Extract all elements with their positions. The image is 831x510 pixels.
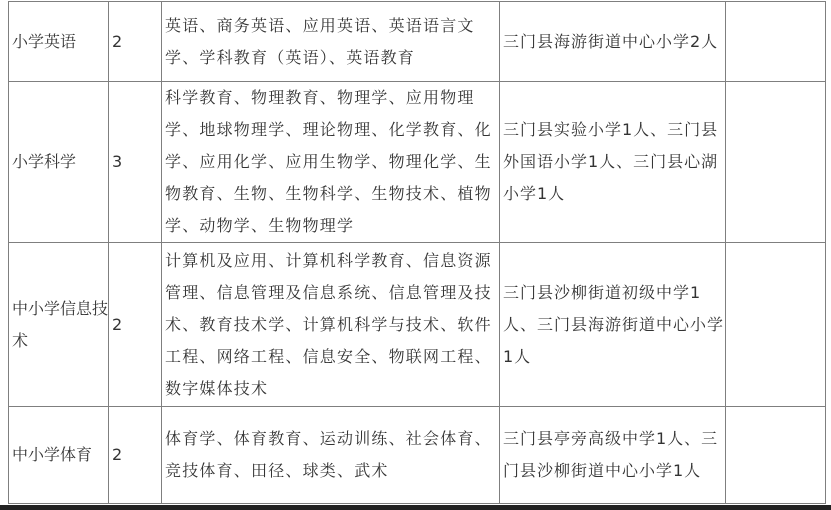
note-cell — [726, 82, 826, 243]
table-row: 小学英语 2 英语、商务英语、应用英语、英语语言文学、学科教育（英语）、英语教育… — [9, 2, 826, 82]
table-row: 中小学体育 2 体育学、体育教育、运动训练、社会体育、竞技体育、田径、球类、武术… — [9, 407, 826, 504]
subject-cell: 小学英语 — [9, 2, 109, 82]
count-cell: 2 — [109, 243, 162, 407]
majors-cell: 体育学、体育教育、运动训练、社会体育、竞技体育、田径、球类、武术 — [162, 407, 500, 504]
recruitment-table: 小学英语 2 英语、商务英语、应用英语、英语语言文学、学科教育（英语）、英语教育… — [8, 1, 826, 504]
page-bottom-border — [0, 505, 831, 510]
schools-cell: 三门县实验小学1人、三门县外国语小学1人、三门县心湖小学1人 — [500, 82, 726, 243]
subject-cell: 小学科学 — [9, 82, 109, 243]
note-cell — [726, 407, 826, 504]
note-cell — [726, 2, 826, 82]
count-cell: 2 — [109, 407, 162, 504]
table-row: 中小学信息技术 2 计算机及应用、计算机科学教育、信息资源管理、信息管理及信息系… — [9, 243, 826, 407]
count-cell: 3 — [109, 82, 162, 243]
subject-cell: 中小学体育 — [9, 407, 109, 504]
majors-cell: 英语、商务英语、应用英语、英语语言文学、学科教育（英语）、英语教育 — [162, 2, 500, 82]
subject-cell: 中小学信息技术 — [9, 243, 109, 407]
schools-cell: 三门县沙柳街道初级中学1人、三门县海游街道中心小学1人 — [500, 243, 726, 407]
count-cell: 2 — [109, 2, 162, 82]
schools-cell: 三门县亭旁高级中学1人、三门县沙柳街道中心小学1人 — [500, 407, 726, 504]
majors-cell: 计算机及应用、计算机科学教育、信息资源管理、信息管理及信息系统、信息管理及技术、… — [162, 243, 500, 407]
schools-cell: 三门县海游街道中心小学2人 — [500, 2, 726, 82]
majors-cell: 科学教育、物理教育、物理学、应用物理学、地球物理学、理论物理、化学教育、化学、应… — [162, 82, 500, 243]
note-cell — [726, 243, 826, 407]
table-row: 小学科学 3 科学教育、物理教育、物理学、应用物理学、地球物理学、理论物理、化学… — [9, 82, 826, 243]
